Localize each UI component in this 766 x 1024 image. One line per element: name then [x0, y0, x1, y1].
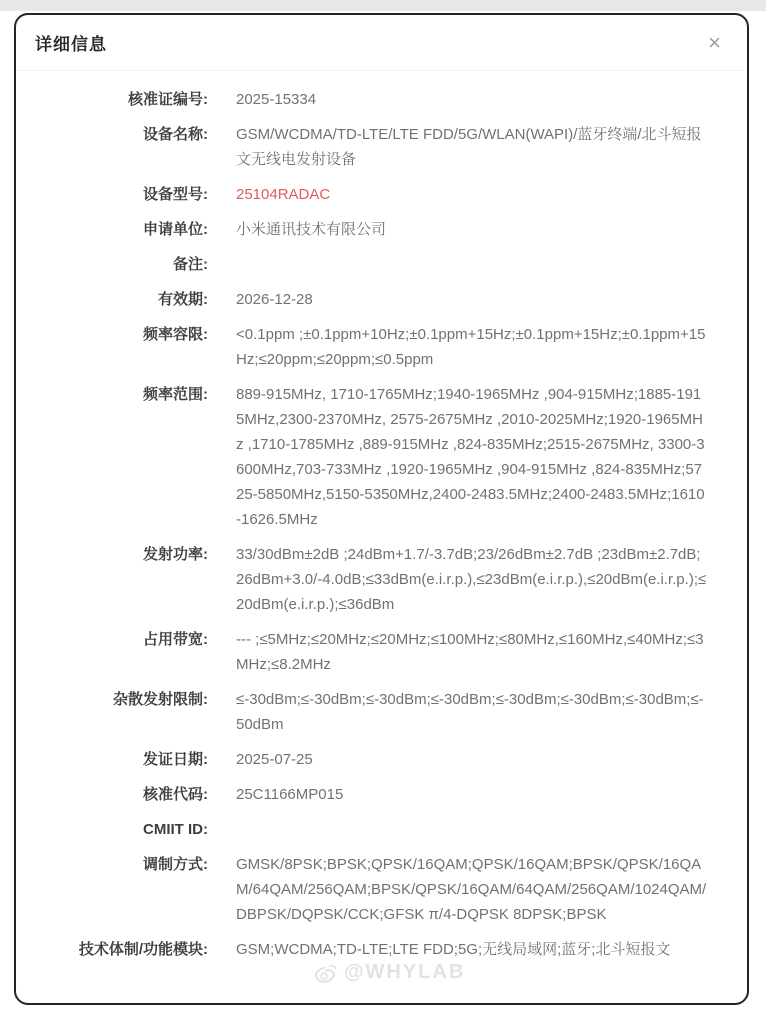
- field-label-device-model: 设备型号:: [72, 182, 208, 207]
- field-value-modulation: GMSK/8PSK;BPSK;QPSK/16QAM;QPSK/16QAM;BPS…: [236, 852, 708, 927]
- field-row-device-name: 设备名称: GSM/WCDMA/TD-LTE/LTE FDD/5G/WLAN(W…: [16, 122, 747, 172]
- modal-body: 核准证编号: 2025-15334 设备名称: GSM/WCDMA/TD-LTE…: [16, 71, 747, 962]
- field-value-device-name: GSM/WCDMA/TD-LTE/LTE FDD/5G/WLAN(WAPI)/蓝…: [236, 122, 708, 172]
- field-value-applicant: 小米通讯技术有限公司: [236, 217, 708, 242]
- field-row-frequency-range: 频率范围: 889-915MHz, 1710-1765MHz;1940-1965…: [16, 382, 747, 532]
- field-label-approval-cert-number: 核准证编号:: [72, 87, 208, 112]
- field-label-applicant: 申请单位:: [72, 217, 208, 242]
- field-value-frequency-tolerance: <0.1ppm ;±0.1ppm+10Hz;±0.1ppm+15Hz;±0.1p…: [236, 322, 708, 372]
- field-row-frequency-tolerance: 频率容限: <0.1ppm ;±0.1ppm+10Hz;±0.1ppm+15Hz…: [16, 322, 747, 372]
- field-label-frequency-tolerance: 频率容限:: [72, 322, 208, 372]
- modal-title: 详细信息: [35, 30, 107, 55]
- field-label-tech-system-modules: 技术体制/功能模块:: [72, 937, 208, 962]
- field-label-modulation: 调制方式:: [72, 852, 208, 927]
- field-value-cmiit-id: [236, 817, 708, 842]
- field-value-transmit-power: 33/30dBm±2dB ;24dBm+1.7/-3.7dB;23/26dBm±…: [236, 542, 708, 617]
- page-background-strip: [0, 0, 766, 11]
- field-value-tech-system-modules: GSM;WCDMA;TD-LTE;LTE FDD;5G;无线局域网;蓝牙;北斗短…: [236, 937, 708, 962]
- field-label-spurious-emission-limit: 杂散发射限制:: [72, 687, 208, 737]
- field-value-approval-code: 25C1166MP015: [236, 782, 708, 807]
- field-label-occupied-bandwidth: 占用带宽:: [72, 627, 208, 677]
- weibo-icon: [314, 962, 338, 984]
- field-row-occupied-bandwidth: 占用带宽: --- ;≤5MHz;≤20MHz;≤20MHz;≤100MHz;≤…: [16, 627, 747, 677]
- watermark-text: @WHYLAB: [344, 961, 465, 984]
- field-row-transmit-power: 发射功率: 33/30dBm±2dB ;24dBm+1.7/-3.7dB;23/…: [16, 542, 747, 617]
- field-row-validity-date: 有效期: 2026-12-28: [16, 287, 747, 312]
- field-label-frequency-range: 频率范围:: [72, 382, 208, 532]
- field-value-issue-date: 2025-07-25: [236, 747, 708, 772]
- field-label-issue-date: 发证日期:: [72, 747, 208, 772]
- watermark: @WHYLAB: [314, 961, 465, 984]
- field-row-device-model: 设备型号: 25104RADAC: [16, 182, 747, 207]
- field-label-transmit-power: 发射功率:: [72, 542, 208, 617]
- field-row-spurious-emission-limit: 杂散发射限制: ≤-30dBm;≤-30dBm;≤-30dBm;≤-30dBm;…: [16, 687, 747, 737]
- field-value-validity-date: 2026-12-28: [236, 287, 708, 312]
- device-model-value[interactable]: 25104RADAC: [236, 182, 708, 207]
- field-row-issue-date: 发证日期: 2025-07-25: [16, 747, 747, 772]
- modal-header: 详细信息 ×: [16, 15, 747, 71]
- field-row-approval-cert-number: 核准证编号: 2025-15334: [16, 87, 747, 112]
- field-label-cmiit-id: CMIIT ID:: [72, 817, 208, 842]
- field-label-device-name: 设备名称:: [72, 122, 208, 172]
- field-value-remarks: [236, 252, 708, 277]
- field-row-applicant: 申请单位: 小米通讯技术有限公司: [16, 217, 747, 242]
- field-value-frequency-range: 889-915MHz, 1710-1765MHz;1940-1965MHz ,9…: [236, 382, 708, 532]
- field-value-approval-cert-number: 2025-15334: [236, 87, 708, 112]
- field-value-spurious-emission-limit: ≤-30dBm;≤-30dBm;≤-30dBm;≤-30dBm;≤-30dBm;…: [236, 687, 708, 737]
- field-label-approval-code: 核准代码:: [72, 782, 208, 807]
- detail-info-modal: 详细信息 × 核准证编号: 2025-15334 设备名称: GSM/WCDMA…: [14, 13, 749, 1005]
- field-row-remarks: 备注:: [16, 252, 747, 277]
- field-value-occupied-bandwidth: --- ;≤5MHz;≤20MHz;≤20MHz;≤100MHz;≤80MHz,…: [236, 627, 708, 677]
- close-icon[interactable]: ×: [708, 32, 721, 54]
- field-label-remarks: 备注:: [72, 252, 208, 277]
- field-label-validity-date: 有效期:: [72, 287, 208, 312]
- field-row-tech-system-modules: 技术体制/功能模块: GSM;WCDMA;TD-LTE;LTE FDD;5G;无…: [16, 937, 747, 962]
- field-row-modulation: 调制方式: GMSK/8PSK;BPSK;QPSK/16QAM;QPSK/16Q…: [16, 852, 747, 927]
- field-row-approval-code: 核准代码: 25C1166MP015: [16, 782, 747, 807]
- field-row-cmiit-id: CMIIT ID:: [16, 817, 747, 842]
